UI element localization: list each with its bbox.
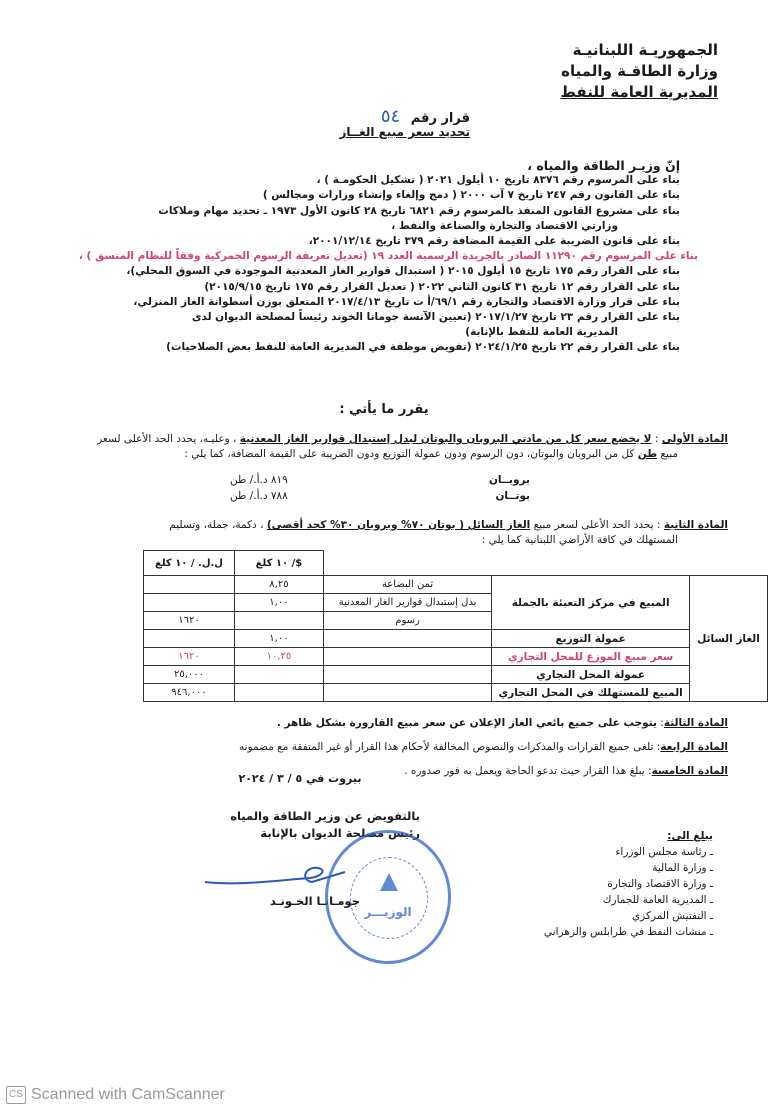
lbp-value [144, 576, 235, 594]
price-value: ٨١٩ [271, 474, 288, 486]
article-1: المادة الأولى : لا يخضع سعر كل من مادتي … [68, 432, 728, 462]
article-1-label: المادة الأولى [662, 433, 728, 445]
scanned-document-page: الجمهوريـة اللبنانيـة وزارة الطاقـة والم… [0, 0, 768, 1116]
preamble-line: بناء على قانون الضريبة على القيمة المضاف… [88, 234, 680, 249]
preamble-line: وزارتي الاقتصاد والتجارة والصناعة والنفط… [88, 219, 618, 234]
official-stamp-icon: الوزيـــر [325, 830, 451, 964]
preamble-line: بناء على قرار وزارة الاقتصاد والتجارة رق… [88, 295, 680, 310]
sub-item: رسوم [323, 612, 491, 630]
camscanner-watermark: CS Scanned with CamScanner [6, 1086, 225, 1104]
letterhead: الجمهوريـة اللبنانيـة وزارة الطاقـة والم… [560, 40, 718, 103]
article-3: المادة الثالثة: يتوجب على جميع بائعي الغ… [68, 716, 728, 731]
list-item: ـ وزارة الاقتصاد والتجارة [493, 876, 713, 892]
article-4-label: المادة الرابعة [660, 741, 728, 753]
distribution-title: يبلغ الى: [493, 828, 713, 844]
sub-item: بدل إستبدال قوارير الغاز المعدنية [323, 594, 491, 612]
lpg-ton-prices: بروبــان ٨١٩ د.أ./ طن بوتــان ٧٨٨ د.أ./ … [230, 472, 530, 504]
decision-number-line: قرار رقم ٥٤ [300, 106, 470, 127]
row-label: عمولة المحل التجاري [492, 666, 690, 684]
preamble-line: بناء على مشروع القانون المنفذ بالمرسوم ر… [88, 204, 680, 219]
price-unit: د.أ./ طن [230, 474, 268, 486]
price-value: ٧٨٨ [271, 490, 288, 502]
article-3-label: المادة الثالثة [664, 717, 728, 729]
article-3-text: يتوجب على جميع بائعي الغاز الإعلان عن سع… [277, 717, 657, 729]
cedar-icon [380, 873, 398, 891]
article-2-bold: الغاز السائل ( بوتان ٧٠% وبروبان ٣٠% كحد… [267, 519, 530, 531]
list-item: ـ المديرية العامة للجمارك [493, 892, 713, 908]
table-row-highlighted: سعر مبيع الموزع للمحل التجاري ١٠,٢٥ ١٦٢٠ [144, 648, 768, 666]
table-row: الغاز السائل المبيع في مركز التعبئة بالج… [144, 576, 768, 594]
price-unit: د.أ./ طن [230, 490, 268, 502]
lbp-value [144, 594, 235, 612]
preamble-line: بناء على القرار رقم ١٢ تاريخ ٣١ كانون ال… [88, 280, 680, 295]
list-item: ـ رئاسة مجلس الوزراء [493, 844, 713, 860]
gas-price-table: $/ ١٠ كلغ ل.ل. / ١٠ كلغ الغاز السائل الم… [143, 550, 768, 702]
lbp-value [144, 630, 235, 648]
letterhead-directorate: المديرية العامة للنفط [560, 82, 718, 103]
article-1-bold: لا يخضع سعر كل من مادتي البروبان والبوتا… [240, 433, 652, 445]
table-row: المبيع للمستهلك في المحل التجاري ٩٤٦,٠٠٠ [144, 684, 768, 702]
decision-number: ٥٤ [381, 106, 400, 127]
lbp-value: ٩٤٦,٠٠٠ [144, 684, 235, 702]
article-2-text: المستهلك في كافة الأراضي اللبنانية كما ي… [68, 533, 678, 548]
table-row: عمولة المحل التجاري ٢٥,٠٠٠ [144, 666, 768, 684]
column-header-usd: $/ ١٠ كلغ [234, 551, 323, 576]
list-item: ـ وزارة المالية [493, 860, 713, 876]
article-5-label: المادة الخامسة [652, 765, 728, 777]
preamble-line: المديرية العامة للنفط بالإنابة) [88, 325, 618, 340]
row-label: عمولة التوزيع [492, 630, 690, 648]
list-item: ـ التفتيش المركزي [493, 908, 713, 924]
table-header-row: $/ ١٠ كلغ ل.ل. / ١٠ كلغ [144, 551, 768, 576]
usd-value [234, 684, 323, 702]
distribution-list: يبلغ الى: ـ رئاسة مجلس الوزراء ـ وزارة ا… [493, 828, 713, 940]
letterhead-ministry: وزارة الطاقـة والمياه [560, 61, 718, 82]
preamble-line: بناء على القرار رقم ٢٣ تاريخ ٢٠١٧/١/٢٧ (… [88, 310, 680, 325]
article-1-text: مبيع [660, 448, 678, 460]
table-row: عمولة التوزيع ١,٠٠ [144, 630, 768, 648]
wholesale-group-cell: المبيع في مركز التعبئة بالجملة [492, 576, 690, 630]
usd-value [234, 612, 323, 630]
lbp-value: ١٦٢٠ [144, 612, 235, 630]
lbp-value: ١٦٢٠ [144, 648, 235, 666]
article-4: المادة الرابعة: تلغى جميع القرارات والمذ… [68, 740, 728, 755]
usd-value: ١٠,٢٥ [234, 648, 323, 666]
decision-subject: تحديد سعر مبيع الغــاز [300, 125, 470, 139]
article-2-text: ، دكمة، جملة، وتسليم [169, 519, 263, 531]
preamble-line: بناء على القانون رقم ٢٤٧ تاريخ ٧ آب ٢٠٠٠… [88, 188, 680, 203]
preamble-line-highlighted: بناء على المرسوم رقم ١١٢٩٠ الصادر بالجري… [88, 249, 698, 264]
column-header-lbp: ل.ل. / ١٠ كلغ [144, 551, 235, 576]
article-2-label: المادة الثانية [664, 519, 728, 531]
article-5-text: يبلغ هذا القرار حيث تدعو الحاجة ويعمل به… [404, 765, 645, 777]
row-label: سعر مبيع الموزع للمحل التجاري [492, 648, 690, 666]
camscanner-logo-icon: CS [6, 1086, 26, 1104]
usd-value: ٨,٢٥ [234, 576, 323, 594]
usd-value: ١,٠٠ [234, 630, 323, 648]
product-name: بوتــان [495, 488, 530, 504]
usd-value: ١,٠٠ [234, 594, 323, 612]
letterhead-republic: الجمهوريـة اللبنانيـة [560, 40, 718, 61]
decision-label: قرار رقم [411, 111, 470, 126]
article-4-text: تلغى جميع القرارات والمذكرات والنصوص الم… [239, 741, 653, 753]
stamp-text: الوزيـــر [328, 905, 448, 919]
resolves-heading: يقرر ما يأتي : [0, 402, 768, 417]
article-1-text: كل من البروبان والبوتان، دون الرسوم ودون… [184, 448, 634, 460]
preamble-opening: إنّ وزيـر الطاقة والمياه ، [88, 158, 680, 173]
preamble: إنّ وزيـر الطاقة والمياه ، بناء على المر… [88, 158, 728, 356]
usd-value [234, 666, 323, 684]
sub-item: ثمن البضاعة [323, 576, 491, 594]
article-2: المادة الثانية : يحدد الحد الأعلى لسعر م… [68, 518, 728, 548]
place-and-date: بيروت في ٥ / ٣ / ٢٠٢٤ [200, 772, 400, 785]
price-row-propane: بروبــان ٨١٩ د.أ./ طن [230, 472, 530, 488]
watermark-text: Scanned with CamScanner [31, 1086, 225, 1104]
preamble-line: بناء على القرار رقم ١٧٥ تاريخ ١٥ أيلول ٢… [88, 264, 680, 279]
signature-line: بالتفويض عن وزير الطاقة والمياه [190, 808, 420, 825]
lbp-value: ٢٥,٠٠٠ [144, 666, 235, 684]
product-cell: الغاز السائل [690, 576, 768, 702]
price-row-butane: بوتــان ٧٨٨ د.أ./ طن [230, 488, 530, 504]
article-1-bold: طن [638, 448, 657, 460]
product-name: بروبــان [489, 472, 530, 488]
article-2-text: يحدد الحد الأعلى لسعر مبيع [534, 519, 654, 531]
row-label: المبيع للمستهلك في المحل التجاري [492, 684, 690, 702]
article-1-text: ، وعليـه، يحدد الحد الأعلى لسعر [97, 433, 236, 445]
preamble-line: بناء على القرار رقم ٢٢ تاريخ ٢٠٢٤/١/٢٥ (… [88, 340, 680, 355]
preamble-line: بناء على المرسوم رقم ٨٣٧٦ تاريخ ١٠ أيلول… [88, 173, 680, 188]
list-item: ـ منشات النفط في طرابلس والزهراني [493, 924, 713, 940]
